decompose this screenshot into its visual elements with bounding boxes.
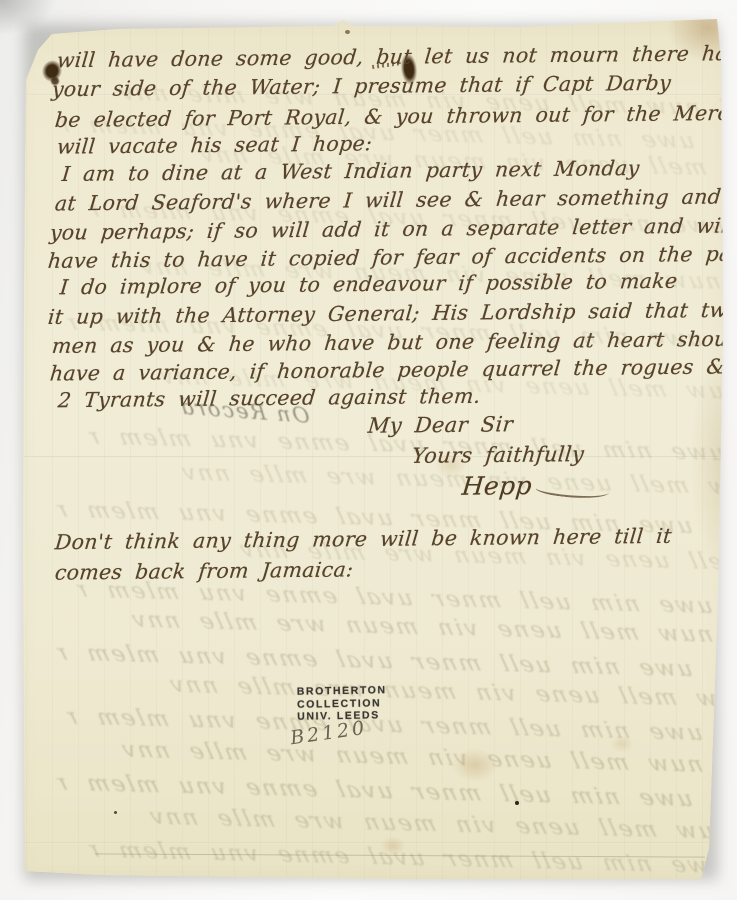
letter-line: be elected for Port Royal, & you thrown … (54, 100, 737, 132)
paper-nick (345, 30, 350, 34)
bleedthrough-line: uwe nim uell mner uval emne vnu mlem nnu… (54, 770, 695, 812)
letter-line: will vacate his seat I hope: (56, 131, 374, 158)
scan-background: mi nuw mell uene vin meun wre mlle nnv u… (0, 0, 737, 900)
foxing-stain (610, 735, 634, 753)
foxing-stain (380, 836, 406, 856)
ink-speck (114, 811, 117, 814)
ink-speck (515, 801, 519, 805)
closing-salutation: My Dear Sir (367, 412, 514, 438)
signature: Hepp (461, 470, 612, 501)
letter-line: will have done some good, but let us not… (56, 40, 737, 72)
letter-line: have this to have it copied for fear of … (47, 241, 737, 273)
letter-line: men as you & he who have but one feeling… (51, 326, 737, 358)
bleedthrough-line: uwe nim uell mner uval emne vnu mlem nnu… (54, 640, 695, 682)
bleedthrough-line: mi nuw mell uene vin meun wre mlle nnv u… (116, 737, 737, 779)
fold-crease (24, 842, 720, 844)
letter-line: your side of the Water; I presume that i… (51, 71, 672, 102)
bleedthrough-line: mi nuw mell uene vin meun wre mlle nnv u… (164, 672, 737, 714)
foxing-stain (452, 748, 498, 782)
postscript-line: Don't think any thing more will be known… (54, 524, 673, 554)
pencil-rule-line (95, 853, 705, 859)
brotherton-collection-stamp: BROTHERTON COLLECTION UNIV. LEEDS (297, 684, 388, 723)
letter-line: at Lord Seaford's where I will see & hea… (54, 184, 722, 215)
letter-line: have a variance, if honorable people qua… (49, 354, 726, 385)
stamp-line: BROTHERTON (297, 684, 387, 698)
letter-line: it up with the Attorney General; His Lor… (47, 297, 737, 329)
letter-page: mi nuw mell uene vin meun wre mlle nnv u… (0, 0, 737, 900)
bleedthrough-line: mi nuw mell uene vin meun wre mlle nnv u… (126, 607, 737, 649)
letter-line: I do implore of you to endeavour if poss… (59, 269, 679, 299)
fold-crease (24, 456, 720, 458)
bleedthrough-line: mi nuw mell uene vin meun wre mlle nnv u… (144, 804, 737, 846)
letter-line: you perhaps; if so will add it on a sepa… (49, 213, 736, 244)
letter-line: I am to dine at a West Indian party next… (61, 156, 641, 186)
postscript-line: comes back from Jamaica: (54, 557, 355, 584)
closing-valediction: Yours faithfully (411, 442, 585, 468)
